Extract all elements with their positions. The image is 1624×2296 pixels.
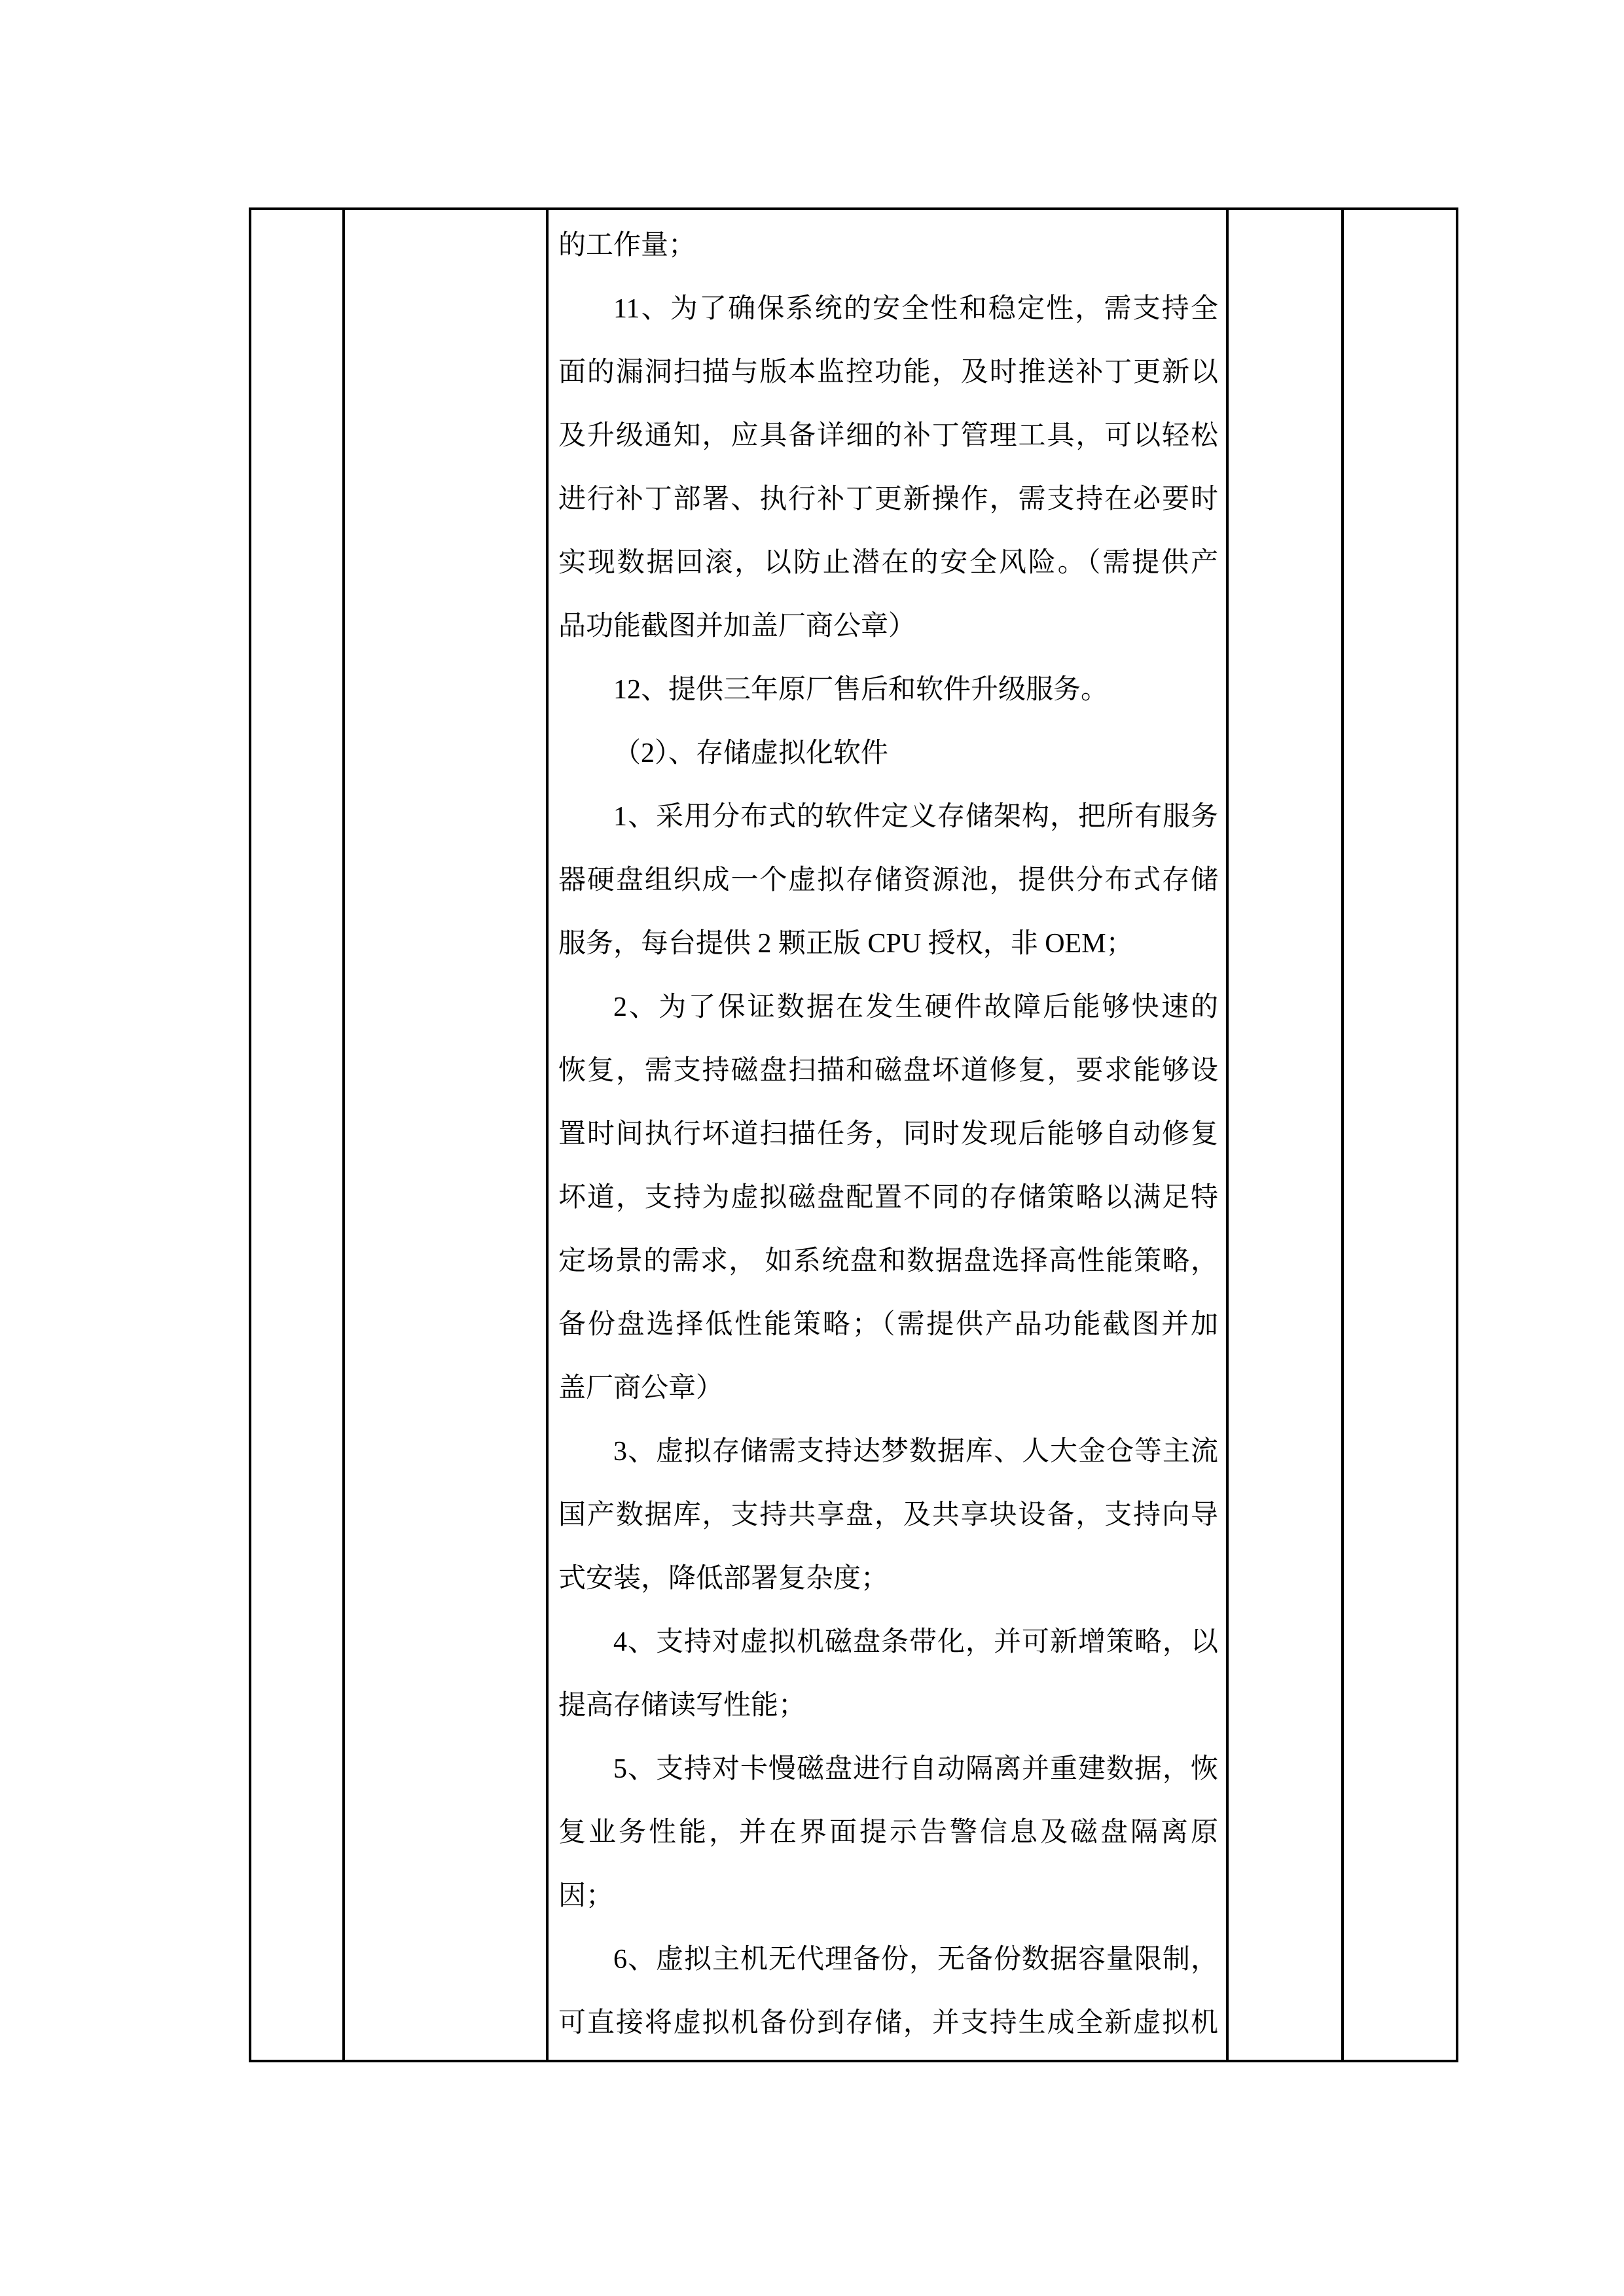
requirement-text-line: 的工作量；	[558, 214, 1218, 278]
requirement-text-line: 提高存储读写性能；	[558, 1674, 1218, 1738]
requirement-text-line: 3、虚拟存储需支持达梦数据库、人大金仓等主流	[558, 1420, 1218, 1484]
requirements-table: 的工作量；11、为了确保系统的安全性和稳定性，需支持全面的漏洞扫描与版本监控功能…	[249, 207, 1458, 2062]
requirement-text-line: 器硬盘组织成一个虚拟存储资源池，提供分布式存储	[558, 849, 1218, 912]
requirement-text-line: 国产数据库，支持共享盘，及共享块设备，支持向导	[558, 1484, 1218, 1547]
requirement-text-line: 坏道，支持为虚拟磁盘配置不同的存储策略以满足特	[558, 1166, 1218, 1230]
requirement-text-line: 因；	[558, 1865, 1218, 1928]
requirement-text-line: 4、支持对虚拟机磁盘条带化，并可新增策略，以	[558, 1611, 1218, 1674]
requirement-text-line: （2）、存储虚拟化软件	[558, 722, 1218, 785]
requirement-text-line: 盖厂商公章）	[558, 1357, 1218, 1420]
requirement-text-line: 置时间执行坏道扫描任务，同时发现后能够自动修复	[558, 1103, 1218, 1166]
requirement-text-line: 5、支持对卡慢磁盘进行自动隔离并重建数据，恢	[558, 1738, 1218, 1801]
requirement-text-line: 定场景的需求， 如系统盘和数据盘选择高性能策略，	[558, 1230, 1218, 1293]
requirement-text-line: 恢复，需支持磁盘扫描和磁盘坏道修复，要求能够设	[558, 1039, 1218, 1103]
requirement-text-line: 2、为了保证数据在发生硬件故障后能够快速的	[558, 976, 1218, 1039]
requirement-text-line: 11、为了确保系统的安全性和稳定性，需支持全	[558, 278, 1218, 341]
requirement-text-line: 面的漏洞扫描与版本监控功能，及时推送补丁更新以	[558, 341, 1218, 404]
empty-cell-left-1	[251, 210, 345, 2060]
requirement-text-line: 1、采用分布式的软件定义存储架构，把所有服务	[558, 785, 1218, 849]
empty-cell-left-2	[345, 210, 549, 2060]
requirement-text-line: 品功能截图并加盖厂商公章）	[558, 595, 1218, 658]
requirement-text-line: 6、虚拟主机无代理备份，无备份数据容量限制，	[558, 1928, 1218, 1992]
requirement-text-line: 备份盘选择低性能策略；（需提供产品功能截图并加	[558, 1293, 1218, 1357]
requirement-text-line: 式安装，降低部署复杂度；	[558, 1547, 1218, 1611]
requirement-text-line: 可直接将虚拟机备份到存储，并支持生成全新虚拟机	[558, 1992, 1218, 2055]
requirement-text-line: 复业务性能，并在界面提示告警信息及磁盘隔离原	[558, 1801, 1218, 1865]
document-page: 的工作量；11、为了确保系统的安全性和稳定性，需支持全面的漏洞扫描与版本监控功能…	[0, 0, 1624, 2296]
requirement-text-line: 及升级通知，应具备详细的补丁管理工具，可以轻松	[558, 404, 1218, 468]
requirement-text-line: 进行补丁部署、执行补丁更新操作，需支持在必要时	[558, 468, 1218, 531]
empty-cell-right-2	[1344, 210, 1456, 2060]
requirements-text-cell: 的工作量；11、为了确保系统的安全性和稳定性，需支持全面的漏洞扫描与版本监控功能…	[549, 210, 1229, 2060]
requirement-text-line: 实现数据回滚，以防止潜在的安全风险。（需提供产	[558, 531, 1218, 595]
empty-cell-right-1	[1229, 210, 1344, 2060]
requirement-text-line: 服务，每台提供 2 颗正版 CPU 授权，非 OEM；	[558, 912, 1218, 976]
requirement-text-line: 12、提供三年原厂售后和软件升级服务。	[558, 658, 1218, 722]
